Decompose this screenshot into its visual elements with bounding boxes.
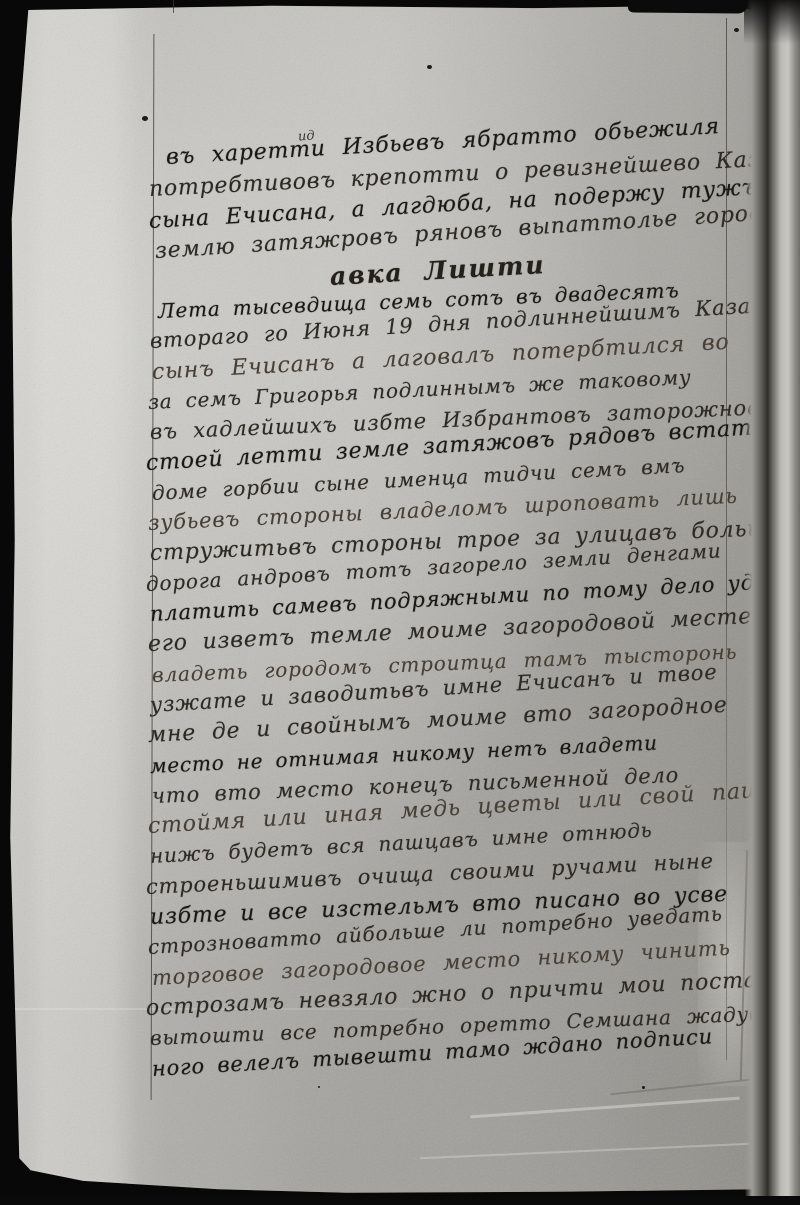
book-gutter-shadow bbox=[740, 0, 800, 1205]
handwritten-text-block: ид въ харетти Избьевъ ябратто обьежиляпо… bbox=[0, 0, 800, 1205]
bottom-scan-edge bbox=[0, 1196, 800, 1205]
top-right-dark-patch bbox=[628, 0, 748, 14]
scan-background: ид въ харетти Избьевъ ябратто обьежиляпо… bbox=[0, 0, 800, 1205]
gutter-top-shadow bbox=[744, 0, 800, 44]
